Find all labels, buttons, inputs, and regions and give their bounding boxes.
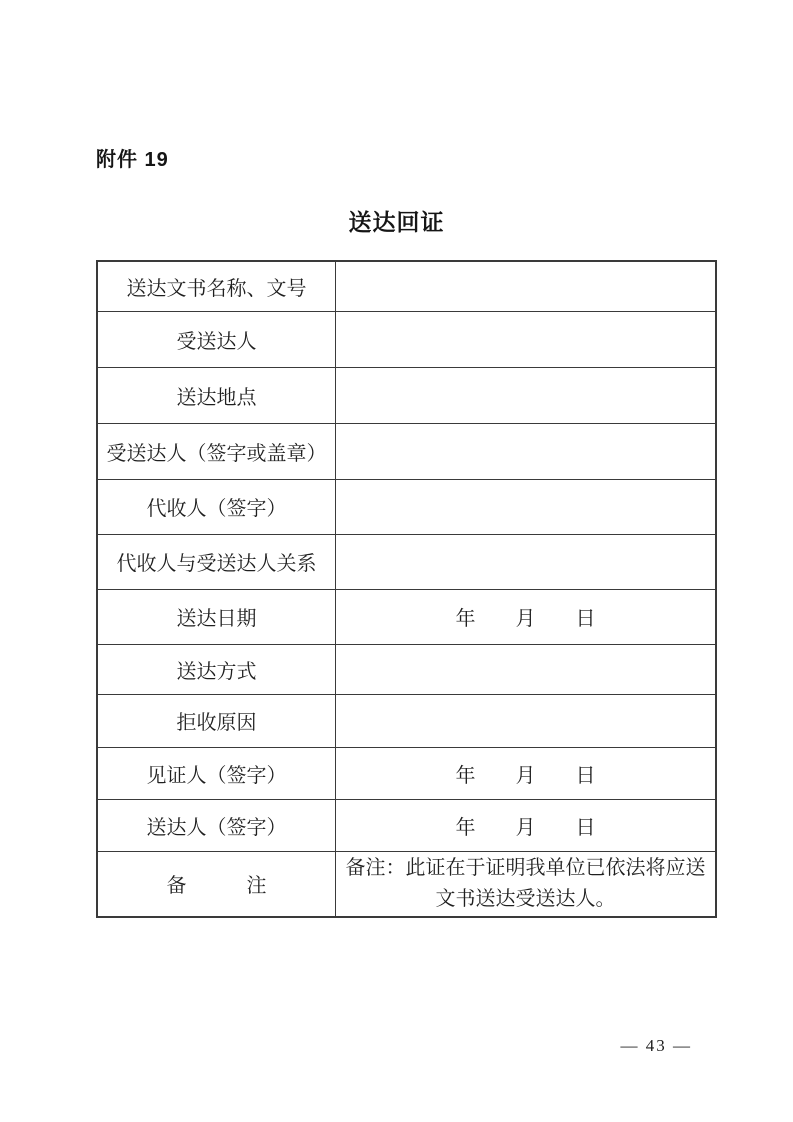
table-row: 见证人（签字） 年 月 日 <box>97 747 716 799</box>
row-label: 见证人（签字） <box>97 747 336 799</box>
table-row: 受送达人（签字或盖章） <box>97 423 716 479</box>
row-value: 年 月 日 <box>336 799 717 851</box>
row-label: 送达文书名称、文号 <box>97 261 336 311</box>
row-label: 受送达人 <box>97 311 336 367</box>
row-value <box>336 311 717 367</box>
attachment-label: 附件 19 <box>96 143 169 172</box>
table-row: 送达方式 <box>97 644 716 694</box>
row-value <box>336 261 717 311</box>
page-title: 送达回证 <box>0 204 793 237</box>
row-label: 代收人（签字） <box>97 479 336 534</box>
row-value <box>336 534 717 589</box>
table-row: 送达地点 <box>97 367 716 423</box>
row-value <box>336 479 717 534</box>
row-value: 年 月 日 <box>336 589 717 644</box>
table-row: 代收人与受送达人关系 <box>97 534 716 589</box>
row-value: 年 月 日 <box>336 747 717 799</box>
row-label: 受送达人（签字或盖章） <box>97 423 336 479</box>
row-label: 送达地点 <box>97 367 336 423</box>
row-value <box>336 694 717 747</box>
table-row: 送达日期 年 月 日 <box>97 589 716 644</box>
row-label: 代收人与受送达人关系 <box>97 534 336 589</box>
table-row: 代收人（签字） <box>97 479 716 534</box>
row-value <box>336 423 717 479</box>
row-label: 拒收原因 <box>97 694 336 747</box>
table-body: 送达文书名称、文号 受送达人 送达地点 受送达人（签字或盖章） 代收人（签字） … <box>97 261 716 917</box>
document-page: 附件 19 送达回证 送达文书名称、文号 受送达人 送达地点 受送达人（签字或盖… <box>0 0 793 1122</box>
row-label: 送达人（签字） <box>97 799 336 851</box>
row-label: 备 注 <box>97 851 336 917</box>
table-row: 送达文书名称、文号 <box>97 261 716 311</box>
table-row: 备 注 备注：此证在于证明我单位已依法将应送文书送达受送达人。 <box>97 851 716 917</box>
row-label: 送达日期 <box>97 589 336 644</box>
table-row: 受送达人 <box>97 311 716 367</box>
page-number: — 43 — <box>621 1036 693 1056</box>
row-value-remark: 备注：此证在于证明我单位已依法将应送文书送达受送达人。 <box>336 851 717 917</box>
service-receipt-table: 送达文书名称、文号 受送达人 送达地点 受送达人（签字或盖章） 代收人（签字） … <box>96 260 717 918</box>
row-label: 送达方式 <box>97 644 336 694</box>
row-value <box>336 644 717 694</box>
table-row: 拒收原因 <box>97 694 716 747</box>
table-row: 送达人（签字） 年 月 日 <box>97 799 716 851</box>
row-value <box>336 367 717 423</box>
